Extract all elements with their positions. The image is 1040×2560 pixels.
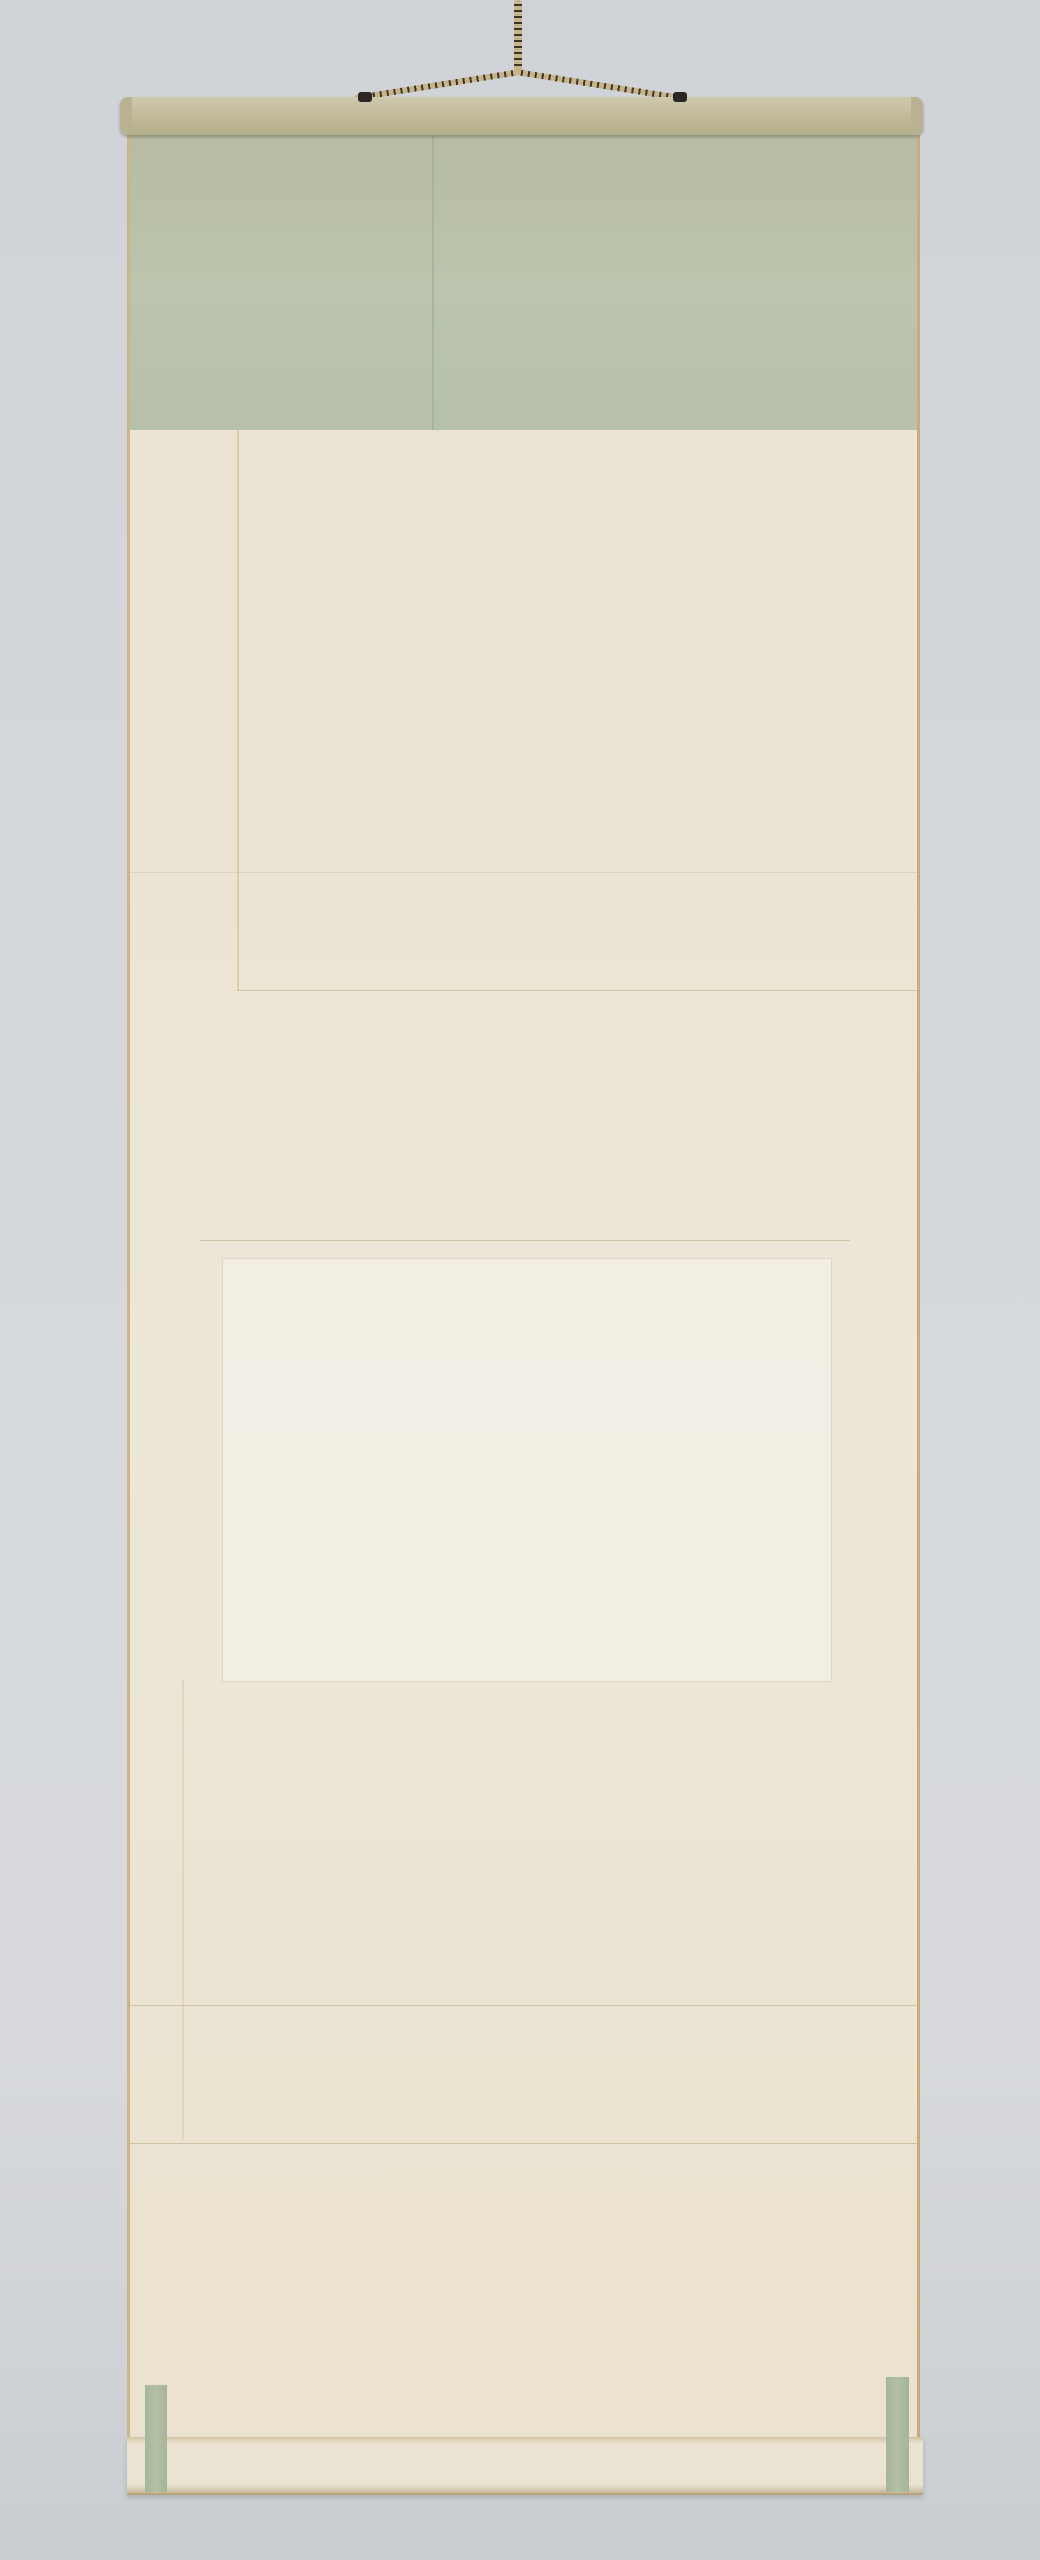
hanging-cord — [514, 0, 522, 72]
inner-panel-outline — [222, 1258, 832, 1682]
panel-line — [237, 430, 239, 990]
cord-ring-right — [673, 92, 687, 102]
bottom-roller — [127, 2437, 923, 2495]
top-rod-end-right — [911, 97, 923, 135]
panel-line — [130, 2143, 917, 2144]
green-tab-left — [145, 2385, 167, 2492]
top-rod-end-left — [120, 97, 132, 135]
panel-line — [182, 1680, 184, 2140]
top-rod — [120, 97, 923, 135]
cord-ring-left — [358, 92, 372, 102]
fabric-seam — [432, 135, 434, 430]
panel-line — [237, 990, 920, 991]
green-tab-right — [886, 2377, 909, 2492]
upper-mount-fabric — [130, 135, 917, 430]
panel-line — [130, 2005, 917, 2006]
panel-line — [200, 1240, 850, 1241]
panel-line — [130, 872, 917, 873]
